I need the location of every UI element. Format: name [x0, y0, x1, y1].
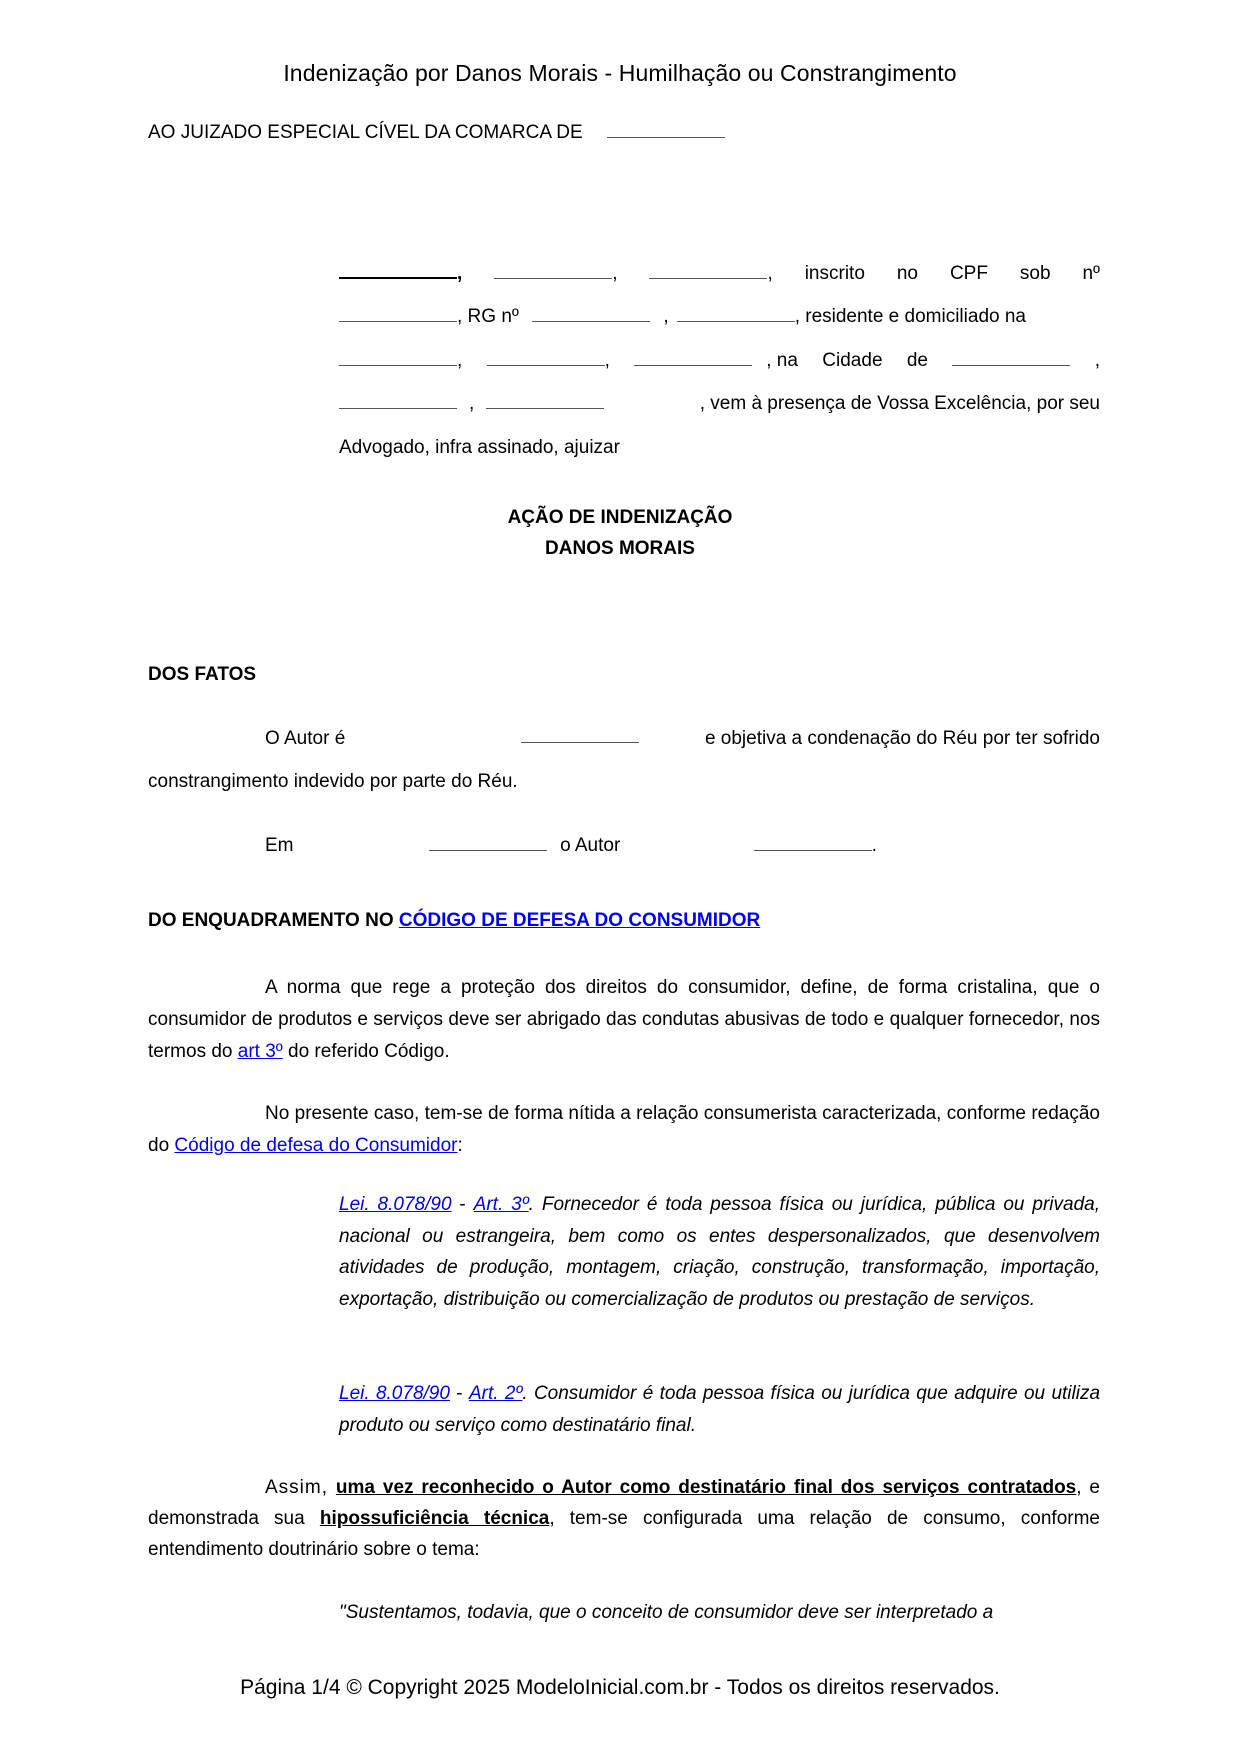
framing-paragraph-3: Assim, uma vez reconhecido o Autor como … [148, 1472, 1100, 1565]
cpf-blank[interactable] [339, 307, 457, 322]
facts-paragraph-1-line-1: O Autor é e objetiva a condenação do Réu… [148, 728, 1100, 750]
dash: - [452, 1194, 474, 1215]
law-quote-art2: Lei. 8.078/90 - Art. 2º. Consumidor é to… [339, 1378, 1100, 1441]
city-blank[interactable] [952, 351, 1070, 366]
document-header-title: Indenização por Danos Morais - Humilhaçã… [0, 60, 1240, 87]
section-heading-facts: DOS FATOS [148, 664, 256, 686]
separator: , [612, 263, 617, 284]
qualification-line-2: , RG nº ,, residente e domiciliado na [339, 306, 1026, 328]
qualification-line-1: , , , inscrito no CPF sob nº [339, 263, 1100, 285]
qualification-line-5: Advogado, infra assinado, ajuizar [339, 437, 620, 459]
facts-paragraph-2: Em o Autor . [265, 835, 877, 857]
comarca-blank[interactable] [607, 123, 725, 138]
state-blank[interactable] [339, 394, 457, 409]
text-word: Cidade [822, 350, 882, 372]
addressee-text: AO JUIZADO ESPECIAL CÍVEL DA COMARCA DE [148, 122, 583, 143]
text-word: de [907, 350, 928, 372]
framing-paragraph-1: A norma que rege a proteção dos direitos… [148, 972, 1100, 1068]
dash: - [450, 1383, 469, 1404]
residence-text: , residente e domiciliado na [795, 306, 1026, 327]
separator: , [457, 263, 462, 284]
facts-paragraph-1-line-2: constrangimento indevido por parte do Ré… [148, 771, 518, 793]
article-link[interactable]: Art. 3º [474, 1194, 529, 1215]
text-word: sob [1020, 263, 1051, 285]
rg-blank[interactable] [532, 307, 650, 322]
cdc-heading-link[interactable]: CÓDIGO DE DEFESA DO CONSUMIDOR [399, 910, 760, 931]
law-link[interactable]: Lei. 8.078/90 [339, 1194, 452, 1215]
zip-blank[interactable] [486, 394, 604, 409]
doctrine-quote: "Sustentamos, todavia, que o conceito de… [339, 1597, 1100, 1629]
civil-status-blank[interactable] [649, 264, 767, 279]
separator: , [457, 350, 462, 371]
rg-label: , RG nº [457, 306, 519, 327]
text-word: nº [1082, 263, 1100, 285]
issuer-blank[interactable] [677, 307, 795, 322]
addressee-line: AO JUIZADO ESPECIAL CÍVEL DA COMARCA DE [148, 122, 725, 144]
qualification-line-4: , , vem à presença de Vossa Excelência, … [339, 393, 1100, 415]
facts-text: . [872, 835, 877, 856]
paragraph-text: Assim, [265, 1477, 328, 1498]
article-link[interactable]: Art. 2º [469, 1383, 522, 1404]
nationality-blank[interactable] [494, 264, 612, 279]
qualification-line-3: , , , na Cidade de , [339, 350, 1100, 372]
action-title-line-1: AÇÃO DE INDENIZAÇÃO [0, 502, 1240, 533]
date-blank[interactable] [429, 836, 547, 851]
emphasis-text: uma vez reconhecido o Autor como destina… [336, 1477, 1076, 1498]
presence-text: , vem à presença de Vossa Excelência, po… [700, 393, 1100, 415]
art3-link[interactable]: art 3º [238, 1041, 283, 1062]
facts-text: O Autor é [265, 728, 345, 750]
event-blank[interactable] [754, 836, 872, 851]
paragraph-text: do referido Código. [288, 1041, 450, 1062]
district-blank[interactable] [634, 351, 752, 366]
text-word: , na [766, 350, 798, 371]
separator: , [767, 263, 772, 284]
page-footer: Página 1/4 © Copyright 2025 ModeloInicia… [0, 1676, 1240, 1700]
separator: , [469, 393, 474, 414]
action-title: AÇÃO DE INDENIZAÇÃO DANOS MORAIS [0, 502, 1240, 564]
facts-text: e objetiva a condenação do Réu por ter s… [705, 728, 1100, 750]
text-word: no [897, 263, 918, 285]
action-title-line-2: DANOS MORAIS [0, 533, 1240, 564]
emphasis-text: hipossuficiência técnica [320, 1508, 550, 1529]
name-blank[interactable] [339, 263, 457, 279]
text-word: CPF [950, 263, 988, 285]
address-blank[interactable] [339, 351, 457, 366]
heading-prefix: DO ENQUADRAMENTO NO [148, 910, 394, 931]
cdc-link[interactable]: Código de defesa do Consumidor [174, 1135, 457, 1156]
number-blank[interactable] [487, 351, 605, 366]
separator: , [663, 306, 668, 327]
law-quote-art3: Lei. 8.078/90 - Art. 3º. Fornecedor é to… [339, 1189, 1100, 1315]
section-heading-framing: DO ENQUADRAMENTO NO CÓDIGO DE DEFESA DO … [148, 910, 760, 932]
text-word: inscrito [805, 263, 865, 285]
framing-paragraph-2: No presente caso, tem-se de forma nítida… [148, 1098, 1100, 1162]
separator: , [605, 350, 610, 371]
facts-text: Em [265, 835, 294, 856]
author-profession-blank[interactable] [521, 728, 639, 743]
separator: , [1095, 350, 1100, 372]
law-link[interactable]: Lei. 8.078/90 [339, 1383, 450, 1404]
facts-text: o Autor [560, 835, 620, 856]
paragraph-text: : [458, 1135, 463, 1156]
